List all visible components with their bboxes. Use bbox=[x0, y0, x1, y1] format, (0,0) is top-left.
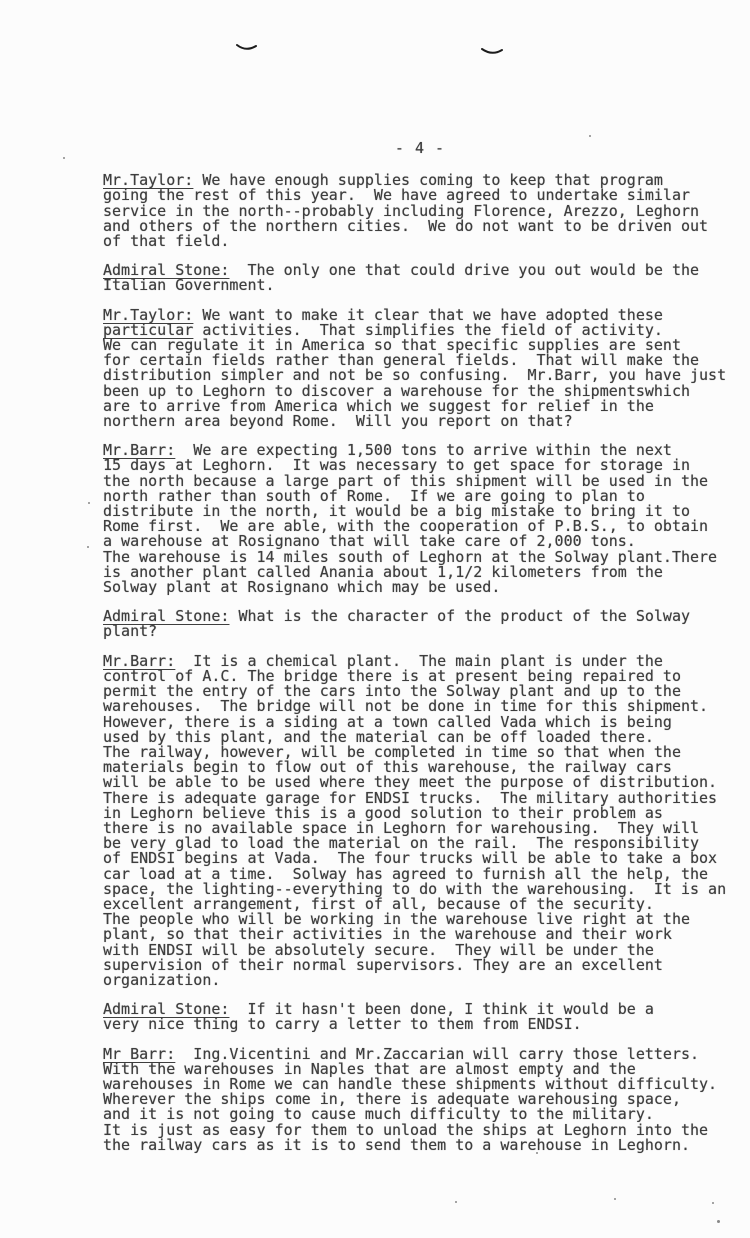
paragraph: Mr.Taylor: We want to make it clear that… bbox=[103, 308, 737, 430]
paragraph-text: It is a chemical plant. The main plant i… bbox=[103, 652, 726, 989]
scan-speck bbox=[455, 1201, 457, 1203]
paragraph: Mr Barr: Ing.Vicentini and Mr.Zaccarian … bbox=[103, 1047, 737, 1153]
scan-speck bbox=[717, 1220, 720, 1223]
scan-speck bbox=[712, 1202, 714, 1204]
paragraph: Admiral Stone: The only one that could d… bbox=[103, 263, 737, 293]
paragraph-text: Ing.Vicentini and Mr.Zaccarian will carr… bbox=[103, 1045, 717, 1154]
paragraph-text: activities. That simplifies the field of… bbox=[103, 321, 726, 430]
paragraph: Mr.Taylor: We have enough supplies comin… bbox=[103, 173, 737, 249]
paragraph: Admiral Stone: What is the character of … bbox=[103, 609, 737, 639]
scan-mark-right bbox=[480, 44, 504, 58]
document-body: Mr.Taylor: We have enough supplies comin… bbox=[103, 173, 737, 1153]
paragraph: Mr.Barr: We are expecting 1,500 tons to … bbox=[103, 443, 737, 595]
page-number: - 4 - bbox=[103, 141, 737, 156]
scan-speck bbox=[614, 1198, 616, 1200]
paragraph: Admiral Stone: If it hasn't been done, I… bbox=[103, 1002, 737, 1032]
paragraph-text: We are expecting 1,500 tons to arrive wi… bbox=[103, 441, 717, 596]
scan-speck bbox=[63, 157, 65, 159]
scan-mark-left bbox=[235, 41, 259, 55]
document-content: - 4 - Mr.Taylor: We have enough supplies… bbox=[103, 141, 737, 1167]
scan-speck bbox=[87, 546, 89, 548]
paragraph: Mr.Barr: It is a chemical plant. The mai… bbox=[103, 654, 737, 988]
paragraph-text: We have enough supplies coming to keep t… bbox=[103, 171, 708, 250]
scan-speck bbox=[589, 135, 591, 137]
scan-speck bbox=[88, 502, 90, 504]
document-page: - 4 - Mr.Taylor: We have enough supplies… bbox=[0, 0, 750, 1238]
